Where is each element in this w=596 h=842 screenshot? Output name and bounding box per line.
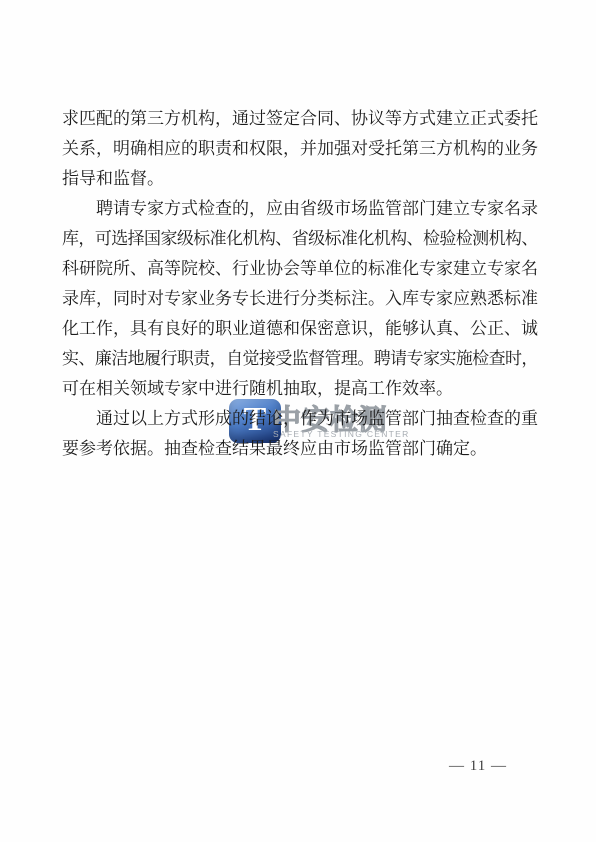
text-line: 指导和监督。 <box>62 161 538 191</box>
paragraph: 求匹配的第三方机构，通过签定合同、协议等方式建立正式委托关系，明确相应的职责和权… <box>62 101 538 191</box>
text-line: 通过以上方式形成的结论，作为市场监管部门抽查检查的重 <box>62 401 538 431</box>
text-line: 库，可选择国家级标准化机构、省级标准化机构、检验检测机构、 <box>62 221 538 251</box>
text-line: 要参考依据。抽查检查结果最终应由市场监管部门确定。 <box>62 431 538 461</box>
text-line: 可在相关领域专家中进行随机抽取，提高工作效率。 <box>62 371 538 401</box>
text-line: 化工作，具有良好的职业道德和保密意识，能够认真、公正、诚 <box>62 311 538 341</box>
body-text: 求匹配的第三方机构，通过签定合同、协议等方式建立正式委托关系，明确相应的职责和权… <box>62 101 538 461</box>
text-line: 科研院所、高等院校、行业协会等单位的标准化专家建立专家名 <box>62 251 538 281</box>
text-line: 聘请专家方式检查的，应由省级市场监管部门建立专家名录 <box>62 191 538 221</box>
text-line: 求匹配的第三方机构，通过签定合同、协议等方式建立正式委托 <box>62 101 538 131</box>
text-line: 录库，同时对专家业务专长进行分类标注。入库专家应熟悉标准 <box>62 281 538 311</box>
page-number: — 11 — <box>449 758 507 775</box>
paragraph: 通过以上方式形成的结论，作为市场监管部门抽查检查的重要参考依据。抽查检查结果最终… <box>62 401 538 461</box>
document-page: T 中安检测 SAFETY TESTING CENTER 求匹配的第三方机构，通… <box>0 0 596 842</box>
text-line: 实、廉洁地履行职责，自觉接受监督管理。聘请专家实施检查时， <box>62 341 538 371</box>
paragraph: 聘请专家方式检查的，应由省级市场监管部门建立专家名录库，可选择国家级标准化机构、… <box>62 191 538 401</box>
text-line: 关系，明确相应的职责和权限，并加强对受托第三方机构的业务 <box>62 131 538 161</box>
